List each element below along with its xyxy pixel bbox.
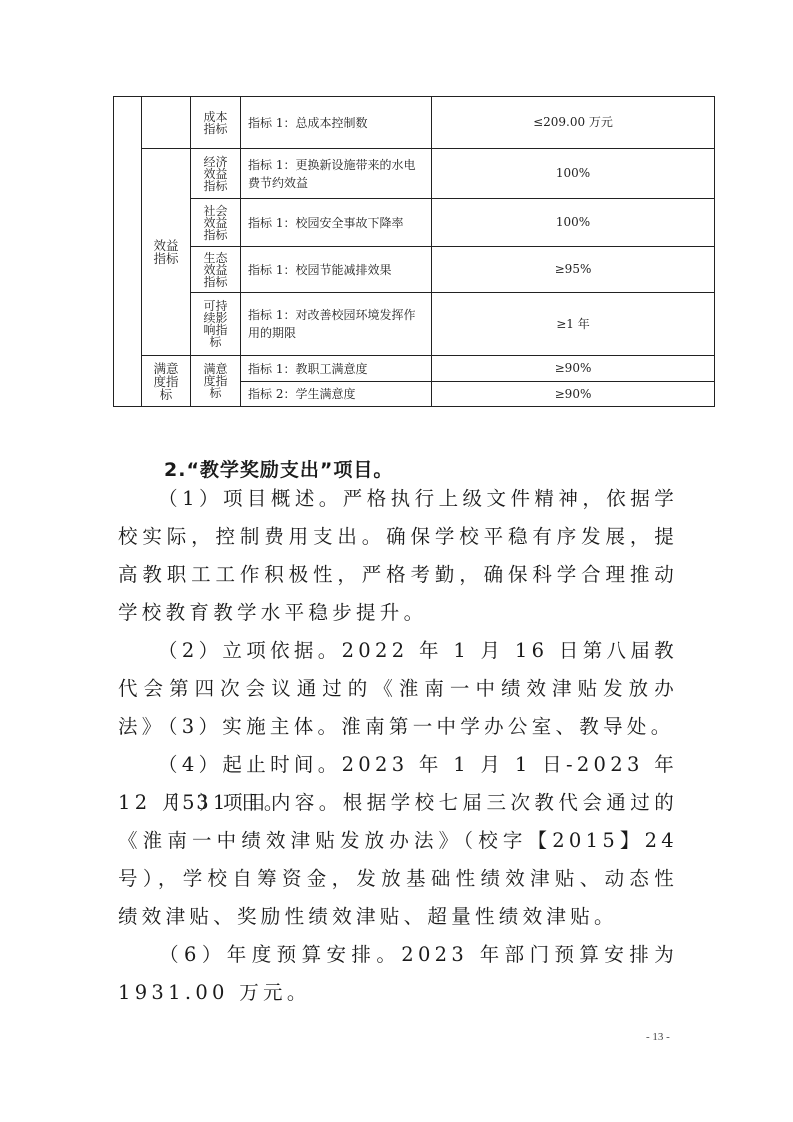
- table-row: 可持 续影 响指 标 指标 1：对改善校园环境发挥作用的期限 ≥1 年: [114, 293, 715, 356]
- value-cell: ≥90%: [432, 356, 715, 382]
- indicator-cell: 指标 1：校园安全事故下降率: [241, 199, 432, 247]
- outer-category-cell: [114, 97, 142, 407]
- paragraph-text: （1）项目概述。严格执行上级文件精神，依据学校实际，控制费用支出。确保学校平稳有…: [118, 487, 678, 624]
- indicator-cell: 指标 1：对改善校园环境发挥作用的期限: [241, 293, 432, 356]
- subcategory-cell: 成本 指标: [191, 97, 241, 149]
- table-row: 社会 效益 指标 指标 1：校园安全事故下降率 100%: [114, 199, 715, 247]
- paragraph-content: （5）项目内容。根据学校七届三次教代会通过的《淮南一中绩效津贴发放办法》（校字【…: [118, 784, 678, 936]
- paragraph-implementer: （3）实施主体。淮南第一中学办公室、教导处。: [118, 708, 678, 746]
- table-row: 成本 指标 指标 1：总成本控制数 ≤209.00 万元: [114, 97, 715, 149]
- value-cell: ≥90%: [432, 382, 715, 407]
- table-row: 满意 度指 标 满意 度指 标 指标 1：教职工满意度 ≥90%: [114, 356, 715, 382]
- value-cell: ≥1 年: [432, 293, 715, 356]
- category-cell: 效益 指标: [142, 149, 191, 356]
- subcategory-cell: 可持 续影 响指 标: [191, 293, 241, 356]
- value-cell: ≤209.00 万元: [432, 97, 715, 149]
- subcategory-cell: 满意 度指 标: [191, 356, 241, 407]
- indicator-cell: 指标 1：教职工满意度: [241, 356, 432, 382]
- indicator-cell: 指标 1：更换新设施带来的水电费节约效益: [241, 149, 432, 199]
- subcategory-cell: 经济 效益 指标: [191, 149, 241, 199]
- subcategory-cell: 生态 效益 指标: [191, 247, 241, 293]
- indicator-cell: 指标 1：校园节能减排效果: [241, 247, 432, 293]
- table-row: 生态 效益 指标 指标 1：校园节能减排效果 ≥95%: [114, 247, 715, 293]
- paragraph-text: （5）项目内容。根据学校七届三次教代会通过的《淮南一中绩效津贴发放办法》（校字【…: [118, 791, 678, 928]
- paragraph-budget: （6）年度预算安排。2023 年部门预算安排为 1931.00 万元。: [118, 936, 678, 1012]
- paragraph-text: （3）实施主体。淮南第一中学办公室、教导处。: [158, 715, 675, 738]
- page-number: - 13 -: [646, 1031, 670, 1043]
- table-row: 效益 指标 经济 效益 指标 指标 1：更换新设施带来的水电费节约效益 100%: [114, 149, 715, 199]
- performance-indicator-table: 成本 指标 指标 1：总成本控制数 ≤209.00 万元 效益 指标 经济 效益…: [113, 96, 715, 407]
- indicator-cell: 指标 1：总成本控制数: [241, 97, 432, 149]
- category-cell: 满意 度指 标: [142, 356, 191, 407]
- value-cell: ≥95%: [432, 247, 715, 293]
- value-cell: 100%: [432, 149, 715, 199]
- subcategory-cell: 社会 效益 指标: [191, 199, 241, 247]
- indicator-cell: 指标 2：学生满意度: [241, 382, 432, 407]
- section-heading: 2.“教学奖励支出”项目。: [164, 455, 393, 482]
- paragraph-overview: （1）项目概述。严格执行上级文件精神，依据学校实际，控制费用支出。确保学校平稳有…: [118, 480, 678, 632]
- category-cell: [142, 97, 191, 149]
- paragraph-text: （6）年度预算安排。2023 年部门预算安排为 1931.00 万元。: [118, 943, 678, 1004]
- value-cell: 100%: [432, 199, 715, 247]
